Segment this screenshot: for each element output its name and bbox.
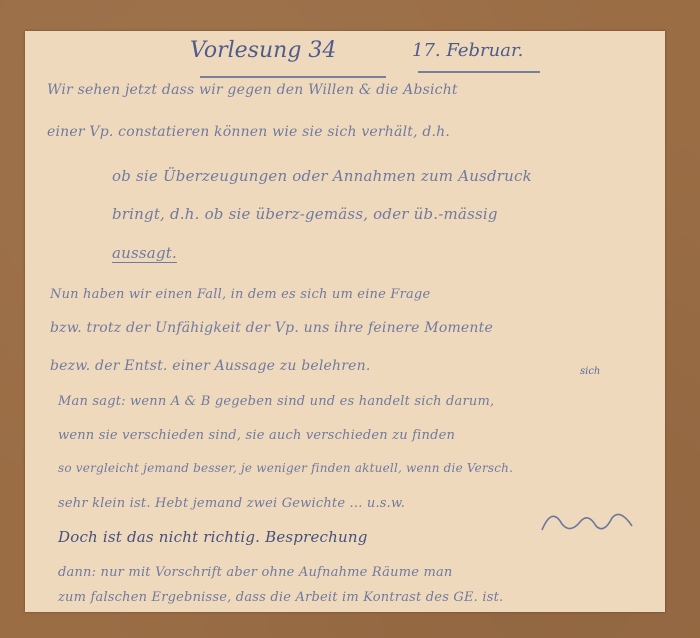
- text-line-9: Man sagt: wenn A & B gegeben sind und es…: [58, 394, 494, 409]
- text-line-4: bringt, d.h. ob sie überz-gemäss, oder ü…: [112, 205, 498, 223]
- text-line-11: so vergleicht jemand besser, je weniger …: [58, 461, 513, 475]
- text-line-3: ob sie Überzeugungen oder Annahmen zum A…: [112, 167, 532, 185]
- lecture-title: Vorlesung 34: [190, 38, 336, 63]
- lecture-date: 17. Februar.: [412, 40, 523, 61]
- text-line-1: Wir sehen jetzt dass wir gegen den Wille…: [47, 82, 458, 98]
- superscript-note: sich: [580, 366, 600, 377]
- text-line-6: Nun haben wir einen Fall, in dem es sich…: [50, 287, 430, 302]
- title-underline: [200, 76, 386, 78]
- text-line-8: bezw. der Entst. einer Aussage zu belehr…: [50, 358, 370, 374]
- text-line-2: einer Vp. constatieren können wie sie si…: [47, 124, 450, 140]
- text-line-10: wenn sie verschieden sind, sie auch vers…: [58, 428, 455, 443]
- squiggle-mark: [540, 506, 635, 536]
- text-line-15: zum falschen Ergebnisse, dass die Arbeit…: [58, 590, 503, 605]
- text-line-12: sehr klein ist. Hebt jemand zwei Gewicht…: [58, 496, 405, 511]
- text-line-5: aussagt.: [112, 244, 177, 262]
- text-line-14: dann: nur mit Vorschrift aber ohne Aufna…: [58, 565, 453, 580]
- date-underline: [418, 71, 540, 73]
- text-line-7: bzw. trotz der Unfähigkeit der Vp. uns i…: [50, 320, 493, 336]
- text-line-13: Doch ist das nicht richtig. Besprechung: [58, 528, 368, 546]
